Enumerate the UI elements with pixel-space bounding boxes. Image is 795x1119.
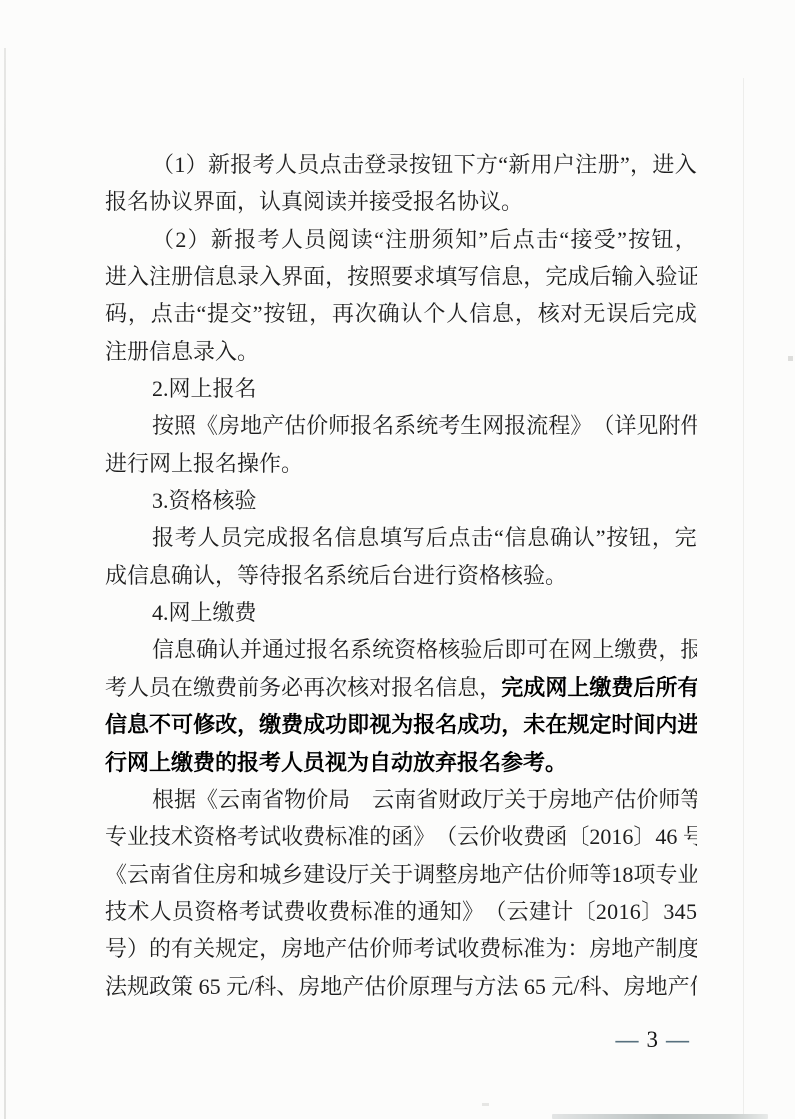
body-text: 2.网上报名 <box>152 376 257 401</box>
text-char: 科 <box>580 968 602 1005</box>
text-char: 验 <box>460 631 482 668</box>
text-char: 5 <box>686 893 697 930</box>
text-char: 4 <box>675 893 686 930</box>
text-char <box>350 781 372 818</box>
text-char: 试 <box>261 893 283 930</box>
text-char: 估 <box>523 856 545 893</box>
text-char: 次 <box>355 295 377 332</box>
text-char: 6 <box>630 893 641 930</box>
text-char: 可 <box>526 631 548 668</box>
text-char: 计 <box>551 893 573 930</box>
text-char: 业 <box>127 818 149 855</box>
text-char: 考 <box>237 818 259 855</box>
text-line: 注册信息录入。 <box>105 333 697 370</box>
text-char: 员 <box>220 519 242 556</box>
text-char: ： <box>567 930 589 967</box>
text-char: 据 <box>174 781 196 818</box>
text-char: 统 <box>372 631 394 668</box>
text-char: 须 <box>432 221 454 258</box>
scan-speck <box>788 356 793 361</box>
text-char: 录 <box>237 258 259 295</box>
text-char: 人 <box>446 295 468 332</box>
text-char: 入 <box>633 258 655 295</box>
text-char: 策 <box>171 968 193 1005</box>
text-char: 信 <box>505 519 527 556</box>
text-char: ” <box>478 221 488 258</box>
text-char: 5 <box>210 968 221 1005</box>
text-char: 估 <box>347 930 369 967</box>
text-char: 认 <box>401 295 423 332</box>
text-char: 新 <box>508 146 530 183</box>
text-char: 设 <box>325 856 347 893</box>
text-char: 方 <box>474 968 496 1005</box>
text-char: 考 <box>105 669 127 706</box>
text-char: 价 <box>479 818 501 855</box>
text-char: 信 <box>435 669 457 706</box>
text-char: 网 <box>570 631 592 668</box>
text-char: 缴 <box>259 706 281 743</box>
text-char: 报 <box>350 407 372 444</box>
text-line: 信息不可修改，缴费成功即视为报名成功，未在规定时间内进 <box>105 706 697 743</box>
text-char: 地 <box>479 856 501 893</box>
text-char: ， <box>501 706 523 743</box>
text-char: 等 <box>589 856 611 893</box>
text-char: 考 <box>258 221 280 258</box>
text-char: 完 <box>501 669 523 706</box>
text-char: 钮 <box>431 146 453 183</box>
text-char: 云 <box>507 893 529 930</box>
text-char: 收 <box>457 930 479 967</box>
text-char: ， <box>630 146 652 183</box>
text-char: 关 <box>193 930 215 967</box>
text-char: 人 <box>150 893 172 930</box>
text-char: 员 <box>304 221 326 258</box>
text-char: 4 <box>655 818 666 855</box>
text-char: 确 <box>196 631 218 668</box>
text-char: 云 <box>127 856 149 893</box>
text-char: 无 <box>583 295 605 332</box>
text-char: 钮 <box>286 295 308 332</box>
text-char: 价 <box>369 930 391 967</box>
text-char: 通 <box>417 893 439 930</box>
text-char: 报 <box>230 146 252 183</box>
text-char: 6 <box>666 818 677 855</box>
text-char: 价 <box>545 856 567 893</box>
text-char: 专 <box>655 856 677 893</box>
text-char: ， <box>523 258 545 295</box>
text-char: 击 <box>536 221 558 258</box>
text-char: 进 <box>677 706 697 743</box>
text-char: 有 <box>677 669 697 706</box>
text-char: 息 <box>527 519 549 556</box>
text-char: ， <box>515 295 537 332</box>
text-char: 点 <box>513 221 535 258</box>
text-char: 按 <box>628 221 650 258</box>
text-char: 准 <box>373 893 395 930</box>
text-char: 有 <box>171 930 193 967</box>
text-char: 科 <box>254 968 276 1005</box>
text-char: 费 <box>215 669 237 706</box>
text-char: 业 <box>677 856 697 893</box>
text-char: 住 <box>193 856 215 893</box>
text-char: 核 <box>438 631 460 668</box>
text-char: ， <box>237 706 259 743</box>
text-char: 按 <box>606 519 628 556</box>
text-char: 成 <box>266 519 288 556</box>
text-char: 再 <box>332 295 354 332</box>
text-char: 必 <box>281 669 303 706</box>
text-char: 法 <box>496 968 518 1005</box>
text-char: 费 <box>523 818 545 855</box>
text-char: 收 <box>501 818 523 855</box>
text-char: 后 <box>629 295 651 332</box>
text-char: ， <box>259 930 281 967</box>
text-char: 改 <box>215 706 237 743</box>
text-char: 填 <box>435 258 457 295</box>
text-char: 标 <box>325 818 347 855</box>
text-char: 时 <box>611 706 633 743</box>
text-char: ） <box>188 221 210 258</box>
text-char: 局 <box>328 781 350 818</box>
text-char: 》 <box>570 407 592 444</box>
text-char: 即 <box>347 706 369 743</box>
text-char: 于 <box>391 856 413 893</box>
text-char: 报 <box>504 407 526 444</box>
text-char: ， <box>658 631 680 668</box>
text-line: 考人员在缴费前务必再次核对报名信息，完成网上缴费后所有 <box>105 669 697 706</box>
text-char: 成 <box>567 258 589 295</box>
text-char: 员 <box>172 893 194 930</box>
body-text: 注册信息录入。 <box>105 339 259 364</box>
text-char: 程 <box>548 407 570 444</box>
scan-speck <box>482 1103 489 1106</box>
text-char: 击 <box>174 295 196 332</box>
text-char: 信 <box>479 258 501 295</box>
text-char: 按 <box>152 407 174 444</box>
text-line: 码，点击“提交”按钮，再次确认个人信息，核对无误后完成 <box>105 295 697 332</box>
text-char: 整 <box>435 856 457 893</box>
scanned-document-page: （1）新报考人员点击登录按钮下方“新用户注册”，进入报名协议界面，认真阅读并接受… <box>0 0 795 1119</box>
text-char: 产 <box>592 781 614 818</box>
text-char: 考 <box>253 146 275 183</box>
text-char: （ <box>484 893 506 930</box>
text-char: 名 <box>328 631 350 668</box>
text-char: 估 <box>614 781 636 818</box>
text-char: 员 <box>297 146 319 183</box>
text-char: 息 <box>492 295 514 332</box>
text-char: 读 <box>351 221 373 258</box>
text-char: 登 <box>364 146 386 183</box>
text-char: 师 <box>567 856 589 893</box>
text-char: 5 <box>535 968 546 1005</box>
page-number-right-dash: — <box>666 1027 689 1052</box>
text-line: 进入注册信息录入界面，按照要求填写信息，完成后输入验证 <box>105 258 697 295</box>
text-char: 3 <box>663 893 674 930</box>
text-char: 前 <box>237 669 259 706</box>
text-char: 房 <box>624 968 646 1005</box>
text-char: 系 <box>394 407 416 444</box>
text-char: 产 <box>325 930 347 967</box>
text-char: 阅 <box>327 221 349 258</box>
text-line: 信息确认并通过报名系统资格核验后即可在网上缴费，报 <box>105 631 697 668</box>
text-char: 《 <box>105 856 127 893</box>
text-char: ” <box>596 519 606 556</box>
text-char: ， <box>325 258 347 295</box>
page-number-value: 3 <box>647 1027 659 1052</box>
text-char: 报 <box>234 221 256 258</box>
text-line: 报考人员完成报名信息填写后点击“信息确认”按钮，完 <box>105 519 697 556</box>
scan-bottom-shadow <box>552 1114 768 1119</box>
text-char: 房 <box>218 407 240 444</box>
text-char: 厅 <box>347 856 369 893</box>
text-char: 点 <box>448 519 470 556</box>
text-char: 缴 <box>193 669 215 706</box>
text-char: 息 <box>174 631 196 668</box>
text-char: 认 <box>573 519 595 556</box>
text-char: 标 <box>350 893 372 930</box>
text-char: 上 <box>592 631 614 668</box>
text-char: 省 <box>262 781 284 818</box>
text-char: 定 <box>589 706 611 743</box>
text-char: 费 <box>281 706 303 743</box>
text-char: 报 <box>680 631 697 668</box>
text-char: 人 <box>275 146 297 183</box>
text-char: 规 <box>567 706 589 743</box>
text-char: 息 <box>357 519 379 556</box>
text-line: 根据《云南省物价局 云南省财政厅关于房地产估价师等 <box>105 781 697 818</box>
text-char: 知 <box>440 893 462 930</box>
text-char: 即 <box>504 631 526 668</box>
text-char: 地 <box>320 968 342 1005</box>
text-char: 报 <box>289 519 311 556</box>
text-line: （2）新报考人员阅读“注册须知”后点击“接受”按钮， <box>105 221 697 258</box>
text-char: 产 <box>342 968 364 1005</box>
text-char: 息 <box>501 258 523 295</box>
text-char: 完 <box>545 258 567 295</box>
text-char: 资 <box>394 631 416 668</box>
text-char: 击 <box>342 146 364 183</box>
text-char: 政 <box>460 781 482 818</box>
text-char: 确 <box>378 295 400 332</box>
text-char: 核 <box>538 295 560 332</box>
text-char: 通 <box>262 631 284 668</box>
text-char: 1 <box>611 818 622 855</box>
scan-right-edge-line <box>743 78 744 1119</box>
text-char: 费 <box>284 893 306 930</box>
text-char: 后 <box>426 519 448 556</box>
text-char: 册 <box>171 258 193 295</box>
text-char: 专 <box>105 818 127 855</box>
text-char: 附 <box>658 407 680 444</box>
text-char: 于 <box>526 781 548 818</box>
text-char: 地 <box>611 930 633 967</box>
text-char: 原 <box>408 968 430 1005</box>
text-char: 函 <box>391 818 413 855</box>
body-text: 4.网上缴费 <box>152 600 257 625</box>
text-char: 完 <box>675 519 697 556</box>
text-char: 房 <box>457 856 479 893</box>
text-char: 技 <box>149 818 171 855</box>
text-char: 术 <box>171 818 193 855</box>
text-char: 0 <box>607 893 618 930</box>
text-char: 人 <box>281 221 303 258</box>
text-char: 修 <box>193 706 215 743</box>
text-char: 按 <box>409 146 431 183</box>
text-char: 求 <box>413 258 435 295</box>
text-char: 写 <box>457 258 479 295</box>
text-char: 点 <box>320 146 342 183</box>
text-char: 房 <box>589 930 611 967</box>
text-char: 功 <box>325 706 347 743</box>
text-char: 注 <box>575 146 597 183</box>
text-char: 见 <box>636 407 658 444</box>
text-char: 号 <box>683 818 697 855</box>
text-char: 准 <box>523 930 545 967</box>
text-char: 成 <box>303 706 325 743</box>
text-char: 受 <box>594 221 616 258</box>
text-char: 后 <box>589 258 611 295</box>
text-char: 技 <box>105 893 127 930</box>
text-char: （ <box>152 221 174 258</box>
text-char: 的 <box>395 893 417 930</box>
text-char: 照 <box>369 258 391 295</box>
text-char: 号 <box>105 930 127 967</box>
text-line: 法规政策 65 元/科、房地产估价原理与方法 65 元/科、房地产估 <box>105 968 697 1005</box>
body-text: 3.资格核验 <box>152 488 257 513</box>
text-char: 息 <box>215 258 237 295</box>
text-char: 地 <box>303 930 325 967</box>
text-char: 报 <box>306 631 328 668</box>
text-char: 次 <box>325 669 347 706</box>
text-char: 根 <box>152 781 174 818</box>
text-char: 〕 <box>633 818 655 855</box>
text-char: 〔 <box>567 818 589 855</box>
text-char: 新 <box>211 221 233 258</box>
text-char: “ <box>374 221 384 258</box>
text-char: 师 <box>658 781 680 818</box>
text-char: 注 <box>385 221 407 258</box>
text-char: 试 <box>259 818 281 855</box>
text-char: 物 <box>284 781 306 818</box>
text-char: ” <box>253 295 263 332</box>
text-char: 方 <box>476 146 498 183</box>
text-char: 理 <box>430 968 452 1005</box>
text-char: 下 <box>454 146 476 183</box>
text-char: 标 <box>501 930 523 967</box>
text-char: 格 <box>217 893 239 930</box>
text-char: 后 <box>633 669 655 706</box>
text-char: 地 <box>570 781 592 818</box>
text-char: 为 <box>545 930 567 967</box>
text-char: 息 <box>457 669 479 706</box>
document-body: （1）新报考人员点击登录按钮下方“新用户注册”，进入报名协议界面，认真阅读并接受… <box>105 146 697 1005</box>
text-char: 》 <box>413 818 435 855</box>
text-char: 师 <box>391 930 413 967</box>
text-char: 产 <box>262 407 284 444</box>
text-char: 费 <box>636 631 658 668</box>
text-char: ， <box>652 519 674 556</box>
text-char: 云 <box>372 781 394 818</box>
text-char: 击 <box>471 519 493 556</box>
text-char: 报 <box>391 669 413 706</box>
text-char: 信 <box>193 258 215 295</box>
text-char: 系 <box>350 631 372 668</box>
text-char: 资 <box>193 818 215 855</box>
text-char: 建 <box>529 893 551 930</box>
text-char: 8 <box>622 856 633 893</box>
text-char: 估 <box>364 968 386 1005</box>
text-char: 点 <box>151 295 173 332</box>
text-char: 内 <box>655 706 677 743</box>
text-char: 考 <box>175 519 197 556</box>
text-char: 为 <box>391 706 413 743</box>
text-char: 所 <box>655 669 677 706</box>
text-char: “ <box>559 221 569 258</box>
text-char: 格 <box>215 818 237 855</box>
text-char: 进 <box>105 258 127 295</box>
text-char: 用 <box>531 146 553 183</box>
text-char: 1 <box>611 856 622 893</box>
text-char: 〔 <box>574 893 596 930</box>
text-char: 南 <box>240 781 262 818</box>
text-char: 名 <box>413 669 435 706</box>
text-char: “ <box>498 146 508 183</box>
text-char: 收 <box>281 818 303 855</box>
text-char: 可 <box>171 706 193 743</box>
text-char: 价 <box>386 968 408 1005</box>
text-char: ） <box>186 146 208 183</box>
text-char: 视 <box>369 706 391 743</box>
text-char: 格 <box>416 631 438 668</box>
text-char: 费 <box>611 669 633 706</box>
text-char: 房 <box>215 856 237 893</box>
text-char: 元 <box>551 968 573 1005</box>
text-char: 2 <box>175 221 186 258</box>
text-char: 6 <box>524 968 535 1005</box>
text-char: 交 <box>230 295 252 332</box>
text-char: 云 <box>457 818 479 855</box>
text-char: 入 <box>127 258 149 295</box>
text-char: 建 <box>303 856 325 893</box>
text-char: 1 <box>174 146 185 183</box>
text-char: 流 <box>526 407 548 444</box>
text-char: 费 <box>303 818 325 855</box>
text-char: 完 <box>652 295 674 332</box>
text-char: 输 <box>611 258 633 295</box>
text-char: 房 <box>281 930 303 967</box>
page-number: —3— <box>608 1027 698 1053</box>
text-char: 信 <box>105 706 127 743</box>
text-char: “ <box>494 519 504 556</box>
text-char: 核 <box>347 669 369 706</box>
text-line: 行网上缴费的报考人员视为自动放弃报名参考。 <box>105 744 697 781</box>
scan-left-edge-line <box>4 48 6 1119</box>
text-char: 填 <box>380 519 402 556</box>
text-char: 过 <box>284 631 306 668</box>
text-char: 证 <box>677 258 697 295</box>
text-char: “ <box>196 295 206 332</box>
text-char: 写 <box>403 519 425 556</box>
text-char: 报 <box>152 519 174 556</box>
text-line: 进行网上报名操作。 <box>105 445 697 482</box>
text-char: 价 <box>636 781 658 818</box>
text-char: 与 <box>452 968 474 1005</box>
text-char: 面 <box>303 258 325 295</box>
text-char: 费 <box>328 893 350 930</box>
text-char: 制 <box>655 930 677 967</box>
text-char: 、 <box>276 968 298 1005</box>
text-char: 网 <box>482 407 504 444</box>
